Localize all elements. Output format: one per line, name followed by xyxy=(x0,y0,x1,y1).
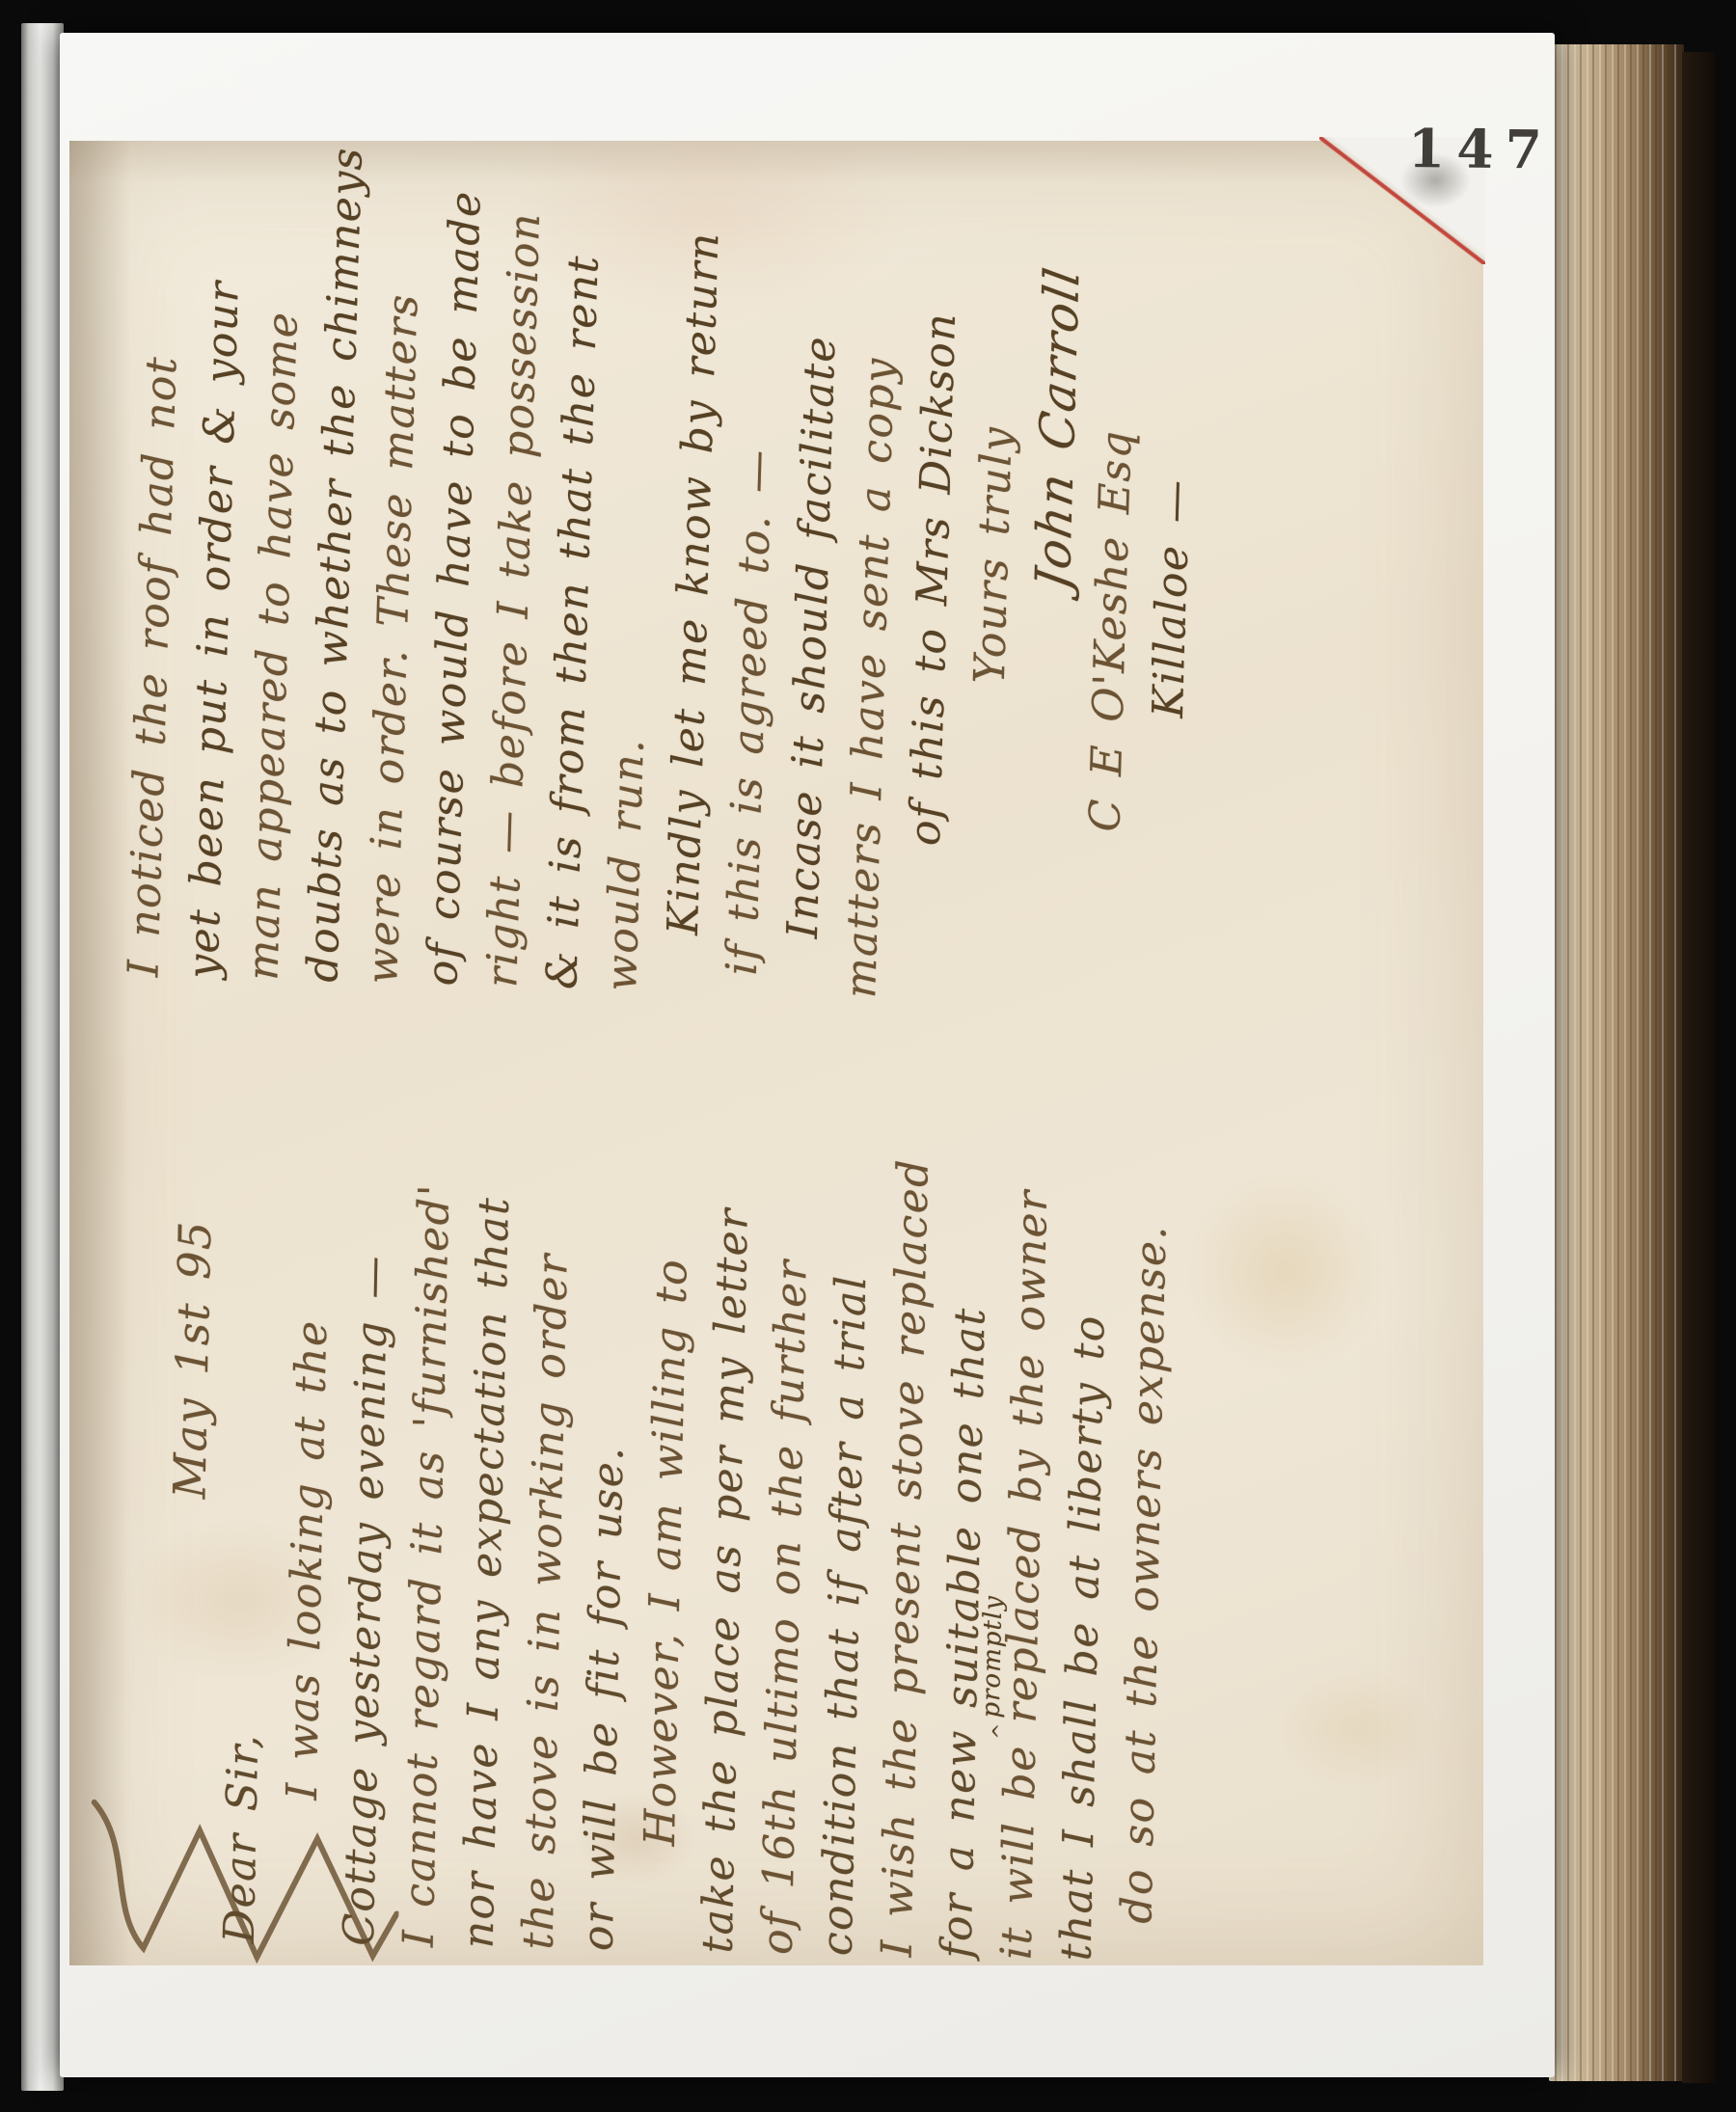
facing-page-block-edge xyxy=(21,23,64,2091)
letterbook-page: 147 May 1st 95 Dear Sir, I was looking a… xyxy=(69,141,1483,1965)
handwriting-layer: May 1st 95 Dear Sir, I was looking at th… xyxy=(96,143,1484,2003)
background: 147 May 1st 95 Dear Sir, I was looking a… xyxy=(0,0,1736,2112)
insertion-word: ^promptly xyxy=(961,1595,1032,1741)
page-stack-fore-edge xyxy=(1549,44,1684,2081)
letter-continuation: I noticed the roof had not yet been put … xyxy=(112,176,1487,1083)
date-line: May 1st 95 xyxy=(159,1079,228,1499)
letter-may-1st: May 1st 95 Dear Sir, I was looking at th… xyxy=(96,1078,1465,2003)
line-text: it will be replaced by the owner xyxy=(992,1189,1058,1961)
letterbook-photograph: { "page": { "number": "147" }, "letters"… xyxy=(0,0,1736,2112)
insertion-text: promptly xyxy=(977,1595,1009,1719)
insertion-caret: ^ xyxy=(969,1721,1029,1740)
book-cover-edge xyxy=(1682,52,1715,2083)
